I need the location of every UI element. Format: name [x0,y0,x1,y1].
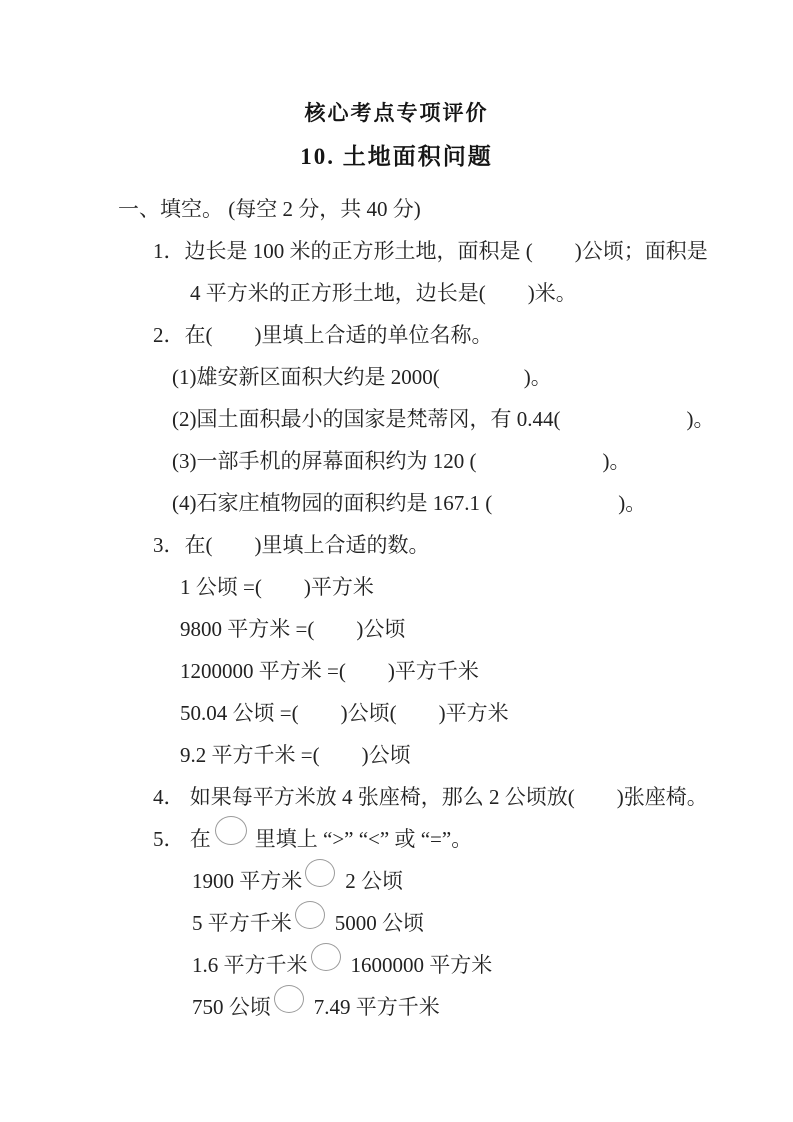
q3-stem: 3．在( )里填上合适的数。 [153,524,793,566]
comparison-circle-icon [305,859,335,887]
comparison-circle-icon [311,943,341,971]
q2-item-3: (3)一部手机的屏幕面积约为 120 ( )。 [172,440,793,482]
q2-item-4: (4)石家庄植物园的面积约是 167.1 ( )。 [172,482,793,524]
page-subtitle: 10. 土地面积问题 [0,142,793,172]
q3-item-1: 1 公顷 =( )平方米 [180,566,793,608]
compare-right: 7.49 平方千米 [314,995,440,1019]
compare-left: 1900 平方米 [192,869,302,893]
q5-stem-post: 里填上 “>” “<” 或 “=”。 [255,827,472,851]
q2-item-2: (2)国土面积最小的国家是梵蒂冈，有 0.44( )。 [172,398,793,440]
compare-left: 1.6 平方千米 [192,953,308,977]
comparison-circle-icon [295,901,325,929]
compare-left: 750 公顷 [192,995,271,1019]
page-title: 核心考点专项评价 [0,100,793,126]
compare-left: 5 平方千米 [192,911,292,935]
q5-stem: 5． 在里填上 “>” “<” 或 “=”。 [153,818,793,860]
section-heading: 一、填空。 (每空 2 分，共 40 分) [118,188,793,230]
q2-stem: 2．在( )里填上合适的单位名称。 [153,314,793,356]
comparison-circle-icon [274,985,304,1013]
q3-item-4: 50.04 公顷 =( )公顷( )平方米 [180,692,793,734]
q5-stem-pre: 5． 在 [153,827,211,851]
q5-compare-row-2: 5 平方千米5000 公顷 [192,902,793,944]
worksheet-page: 核心考点专项评价 10. 土地面积问题 一、填空。 (每空 2 分，共 40 分… [0,0,793,1122]
compare-right: 5000 公顷 [335,911,424,935]
q1-line2: 4 平方米的正方形土地，边长是( )米。 [190,272,793,314]
q3-item-3: 1200000 平方米 =( )平方千米 [180,650,793,692]
q1-line1: 1．边长是 100 米的正方形土地，面积是 ( )公顷；面积是 [153,230,793,272]
q5-compare-row-4: 750 公顷7.49 平方千米 [192,986,793,1028]
q2-item-1: (1)雄安新区面积大约是 2000( )。 [172,356,793,398]
q5-compare-row-3: 1.6 平方千米1600000 平方米 [192,944,793,986]
q3-item-5: 9.2 平方千米 =( )公顷 [180,734,793,776]
q5-compare-row-1: 1900 平方米2 公顷 [192,860,793,902]
compare-right: 2 公顷 [345,869,403,893]
q3-item-2: 9800 平方米 =( )公顷 [180,608,793,650]
comparison-circle-icon [215,816,247,845]
q4-stem: 4． 如果每平方米放 4 张座椅，那么 2 公顷放( )张座椅。 [153,776,793,818]
compare-right: 1600000 平方米 [351,953,493,977]
